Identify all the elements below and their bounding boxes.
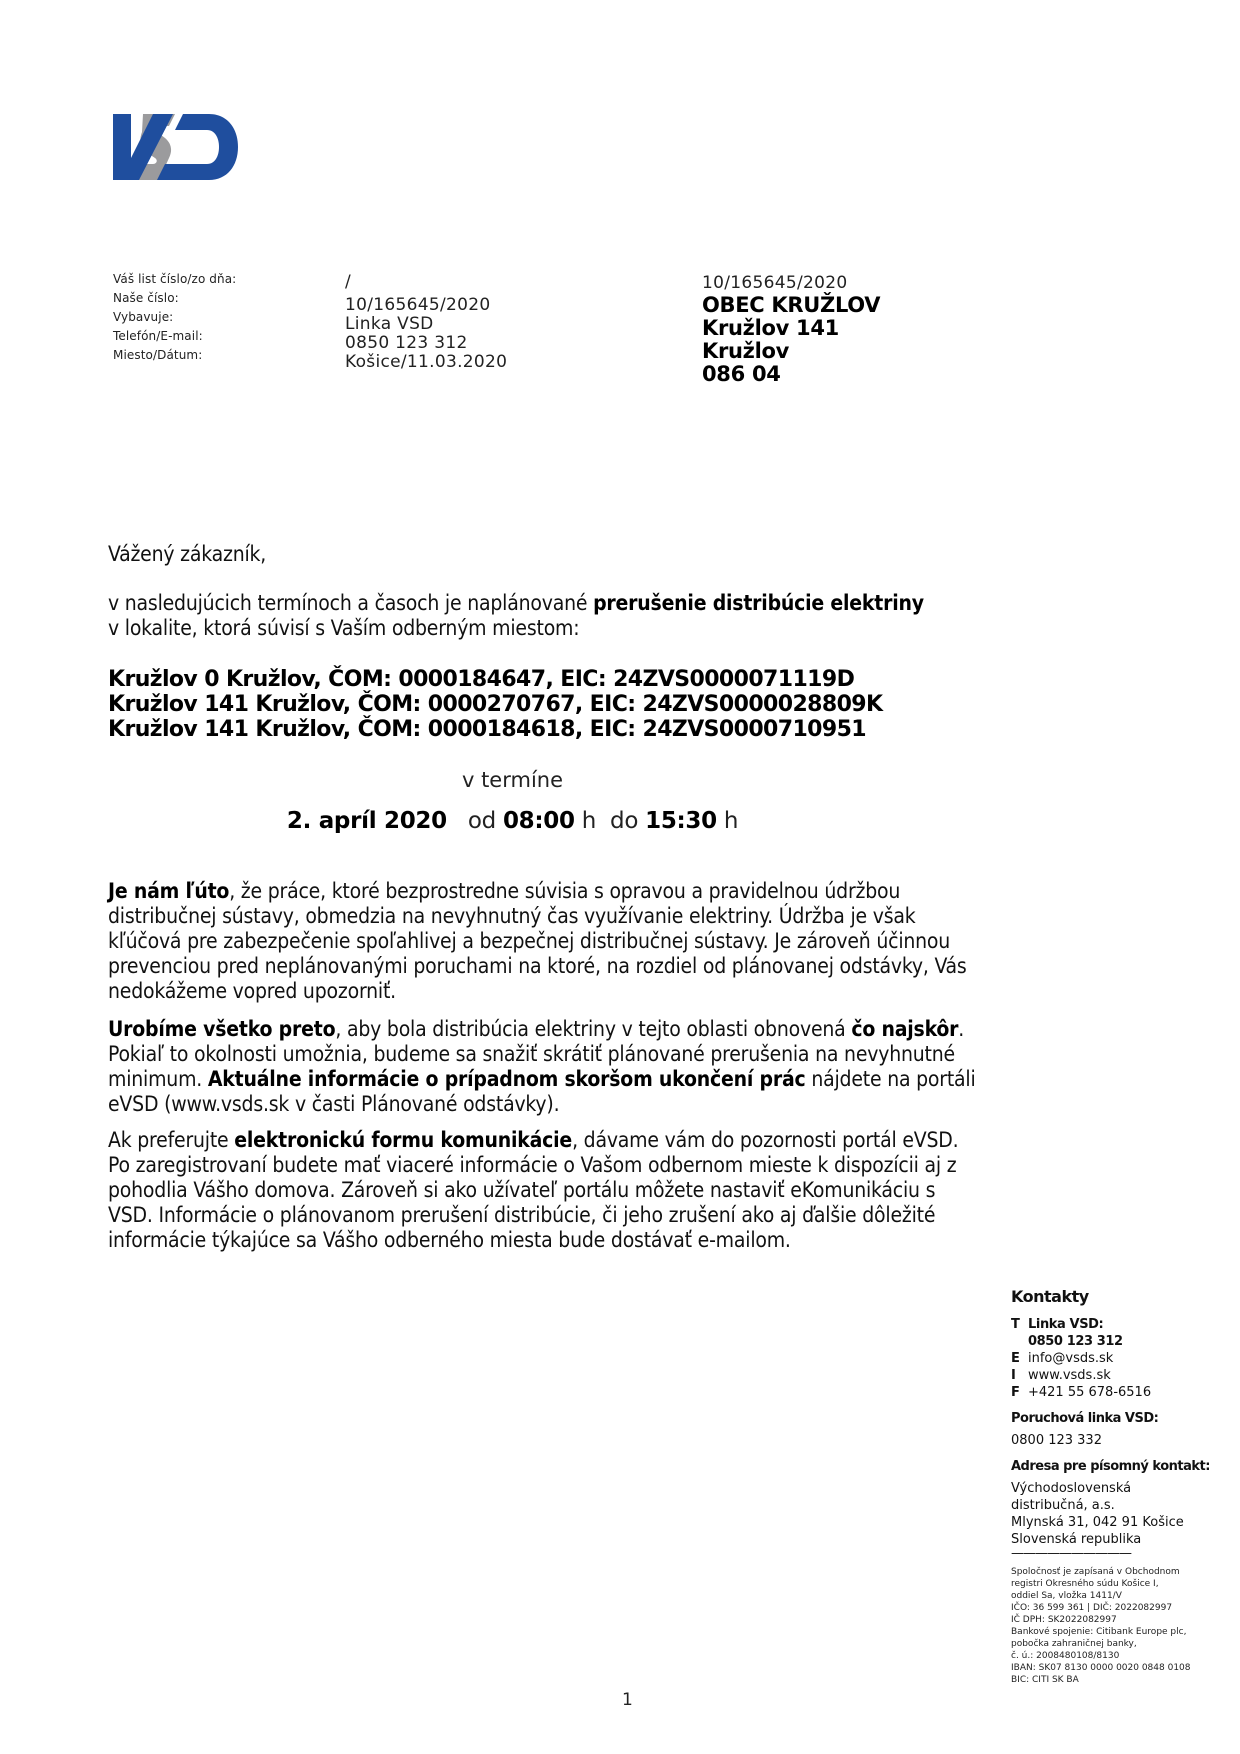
ecomm-bold: elektronickú formu komunikácie xyxy=(234,1128,572,1152)
legal-info: Spoločnosť je zapísaná v Obchodnom regis… xyxy=(1011,1566,1211,1686)
restoration-text-1: , aby bola distribúcia elektriny v tejto… xyxy=(335,1017,851,1041)
recipient-reference: 10/165645/2020 xyxy=(702,273,880,294)
supply-point: Kružlov 141 Kružlov, ČOM: 0000184618, EI… xyxy=(108,717,882,742)
web-link[interactable]: www.vsds.sk xyxy=(1028,1367,1111,1384)
restoration-bold-1: Urobíme všetko preto xyxy=(108,1017,335,1041)
legal-line: registri Okresného súdu Košice I, xyxy=(1011,1578,1211,1590)
fax-number: +421 55 678-6516 xyxy=(1028,1384,1151,1401)
contact-email: E info@vsds.sk xyxy=(1011,1350,1211,1367)
contacts-panel: Kontakty T Linka VSD: 0850 123 312 E inf… xyxy=(1011,1287,1211,1686)
phone-number[interactable]: 0850 123 312 xyxy=(1011,1333,1211,1350)
salutation: Vážený zákazník, xyxy=(108,542,1008,567)
intro-bold: prerušenie distribúcie elektriny xyxy=(593,591,924,615)
contact-fax: F +421 55 678-6516 xyxy=(1011,1384,1211,1401)
legal-line: BIC: CITI SK BA xyxy=(1011,1674,1211,1686)
contact-web: I www.vsds.sk xyxy=(1011,1367,1211,1384)
address-heading: Adresa pre písomný kontakt: xyxy=(1011,1459,1211,1474)
web-key: I xyxy=(1011,1367,1028,1384)
contact-phone: T Linka VSD: xyxy=(1011,1316,1211,1333)
legal-line: IČ DPH: SK2022082997 xyxy=(1011,1614,1211,1626)
term-unit: h xyxy=(724,808,738,834)
email-key: E xyxy=(1011,1350,1028,1367)
meta-value: 10/165645/2020 xyxy=(345,295,490,315)
legal-line: IČO: 36 599 361 | DIČ: 2022082997 xyxy=(1011,1602,1211,1614)
paragraph-apology: Je nám ľúto, že práce, ktoré bezprostred… xyxy=(108,879,968,1004)
meta-label: Naše číslo: xyxy=(113,291,179,305)
intro-text: v nasledujúcich termínoch a časoch je na… xyxy=(108,591,593,615)
vsd-logo xyxy=(113,112,238,182)
address-line: distribučná, a.s. xyxy=(1011,1497,1211,1514)
separator: —————————— xyxy=(1011,1548,1211,1560)
legal-line: Spoločnosť je zapísaná v Obchodnom xyxy=(1011,1566,1211,1578)
restoration-bold-3: Aktuálne informácie o prípadnom skoršom … xyxy=(208,1067,806,1091)
recipient-postcode: 086 04 xyxy=(702,363,880,386)
supply-points-list: Kružlov 0 Kružlov, ČOM: 0000184647, EIC:… xyxy=(108,667,882,742)
page-number: 1 xyxy=(622,1690,633,1710)
meta-label: Váš list číslo/zo dňa: xyxy=(113,272,236,286)
outage-term: 2. apríl 2020 od 08:00 h do 15:30 h xyxy=(0,808,1000,834)
intro-text-end: v lokalite, ktorá súvisí s Vaším odberný… xyxy=(108,616,579,640)
legal-line: č. ú.: 2008480108/8130 xyxy=(1011,1650,1211,1662)
intro-paragraph: v nasledujúcich termínoch a časoch je na… xyxy=(108,591,1008,641)
term-from-label: od xyxy=(468,808,496,834)
email-link[interactable]: info@vsds.sk xyxy=(1028,1350,1113,1367)
address-line: Mlynská 31, 042 91 Košice xyxy=(1011,1514,1211,1531)
term-to-time: 15:30 xyxy=(645,808,717,834)
legal-line: Bankové spojenie: Citibank Europe plc, xyxy=(1011,1626,1211,1638)
meta-value: Košice/11.03.2020 xyxy=(345,352,507,372)
recipient-name: OBEC KRUŽLOV xyxy=(702,294,880,317)
fault-line-number[interactable]: 0800 123 332 xyxy=(1011,1432,1211,1449)
recipient-street: Kružlov 141 xyxy=(702,317,880,340)
restoration-bold-2: čo najskôr xyxy=(851,1017,958,1041)
legal-line: pobočka zahraničnej banky, xyxy=(1011,1638,1211,1650)
fax-key: F xyxy=(1011,1384,1028,1401)
legal-line: oddiel Sa, vložka 1411/V xyxy=(1011,1590,1211,1602)
recipient-address: 10/165645/2020 OBEC KRUŽLOV Kružlov 141 … xyxy=(702,273,880,386)
meta-label: Telefón/E-mail: xyxy=(113,329,203,343)
phone-label: Linka VSD: xyxy=(1028,1316,1103,1333)
term-date: 2. apríl 2020 xyxy=(287,808,447,834)
term-unit: h xyxy=(582,808,596,834)
apology-text: , že práce, ktoré bezprostredne súvisia … xyxy=(108,879,967,1003)
ecomm-text-1: Ak preferujte xyxy=(108,1128,234,1152)
contacts-heading: Kontakty xyxy=(1011,1287,1211,1306)
fault-line-heading: Poruchová linka VSD: xyxy=(1011,1411,1211,1426)
supply-point: Kružlov 0 Kružlov, ČOM: 0000184647, EIC:… xyxy=(108,667,882,692)
recipient-city: Kružlov xyxy=(702,340,880,363)
apology-bold: Je nám ľúto xyxy=(108,879,229,903)
meta-value: / xyxy=(345,272,351,292)
supply-point: Kružlov 141 Kružlov, ČOM: 0000270767, EI… xyxy=(108,692,882,717)
term-to-label: do xyxy=(610,808,638,834)
paragraph-restoration: Urobíme všetko preto, aby bola distribúc… xyxy=(108,1017,988,1117)
meta-label: Vybavuje: xyxy=(113,310,173,324)
meta-value: Linka VSD xyxy=(345,314,434,334)
meta-label: Miesto/Dátum: xyxy=(113,348,202,362)
address-line: Východoslovenská xyxy=(1011,1480,1211,1497)
term-from-time: 08:00 xyxy=(503,808,575,834)
term-label: v termíne xyxy=(0,768,1000,792)
legal-line: IBAN: SK07 8130 0000 0020 0848 0108 xyxy=(1011,1662,1211,1674)
meta-value: 0850 123 312 xyxy=(345,333,468,353)
paragraph-ecommunication: Ak preferujte elektronickú formu komunik… xyxy=(108,1128,968,1253)
phone-key: T xyxy=(1011,1316,1028,1333)
